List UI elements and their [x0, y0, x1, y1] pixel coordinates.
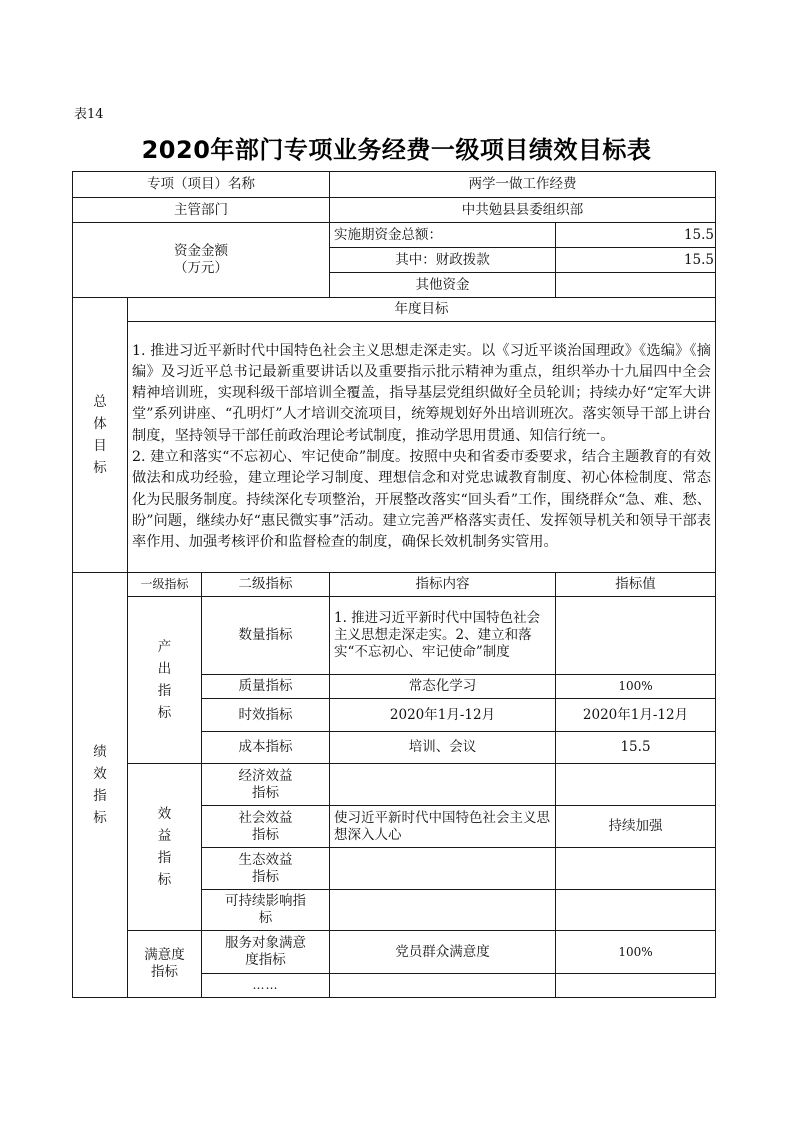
- department-label: 主管部门: [73, 198, 330, 223]
- project-name-label: 专项（项目）名称: [73, 172, 330, 198]
- value-cell: [556, 597, 716, 675]
- value-cell: 2020年1月-12月: [556, 699, 716, 732]
- funds-total-label: 实施期资金总额：: [330, 223, 556, 248]
- content-cell: [330, 974, 556, 998]
- row-department: 主管部门 中共勉县县委组织部: [73, 198, 716, 223]
- content-cell: 1. 推进习近平新时代中国特色社会主义思想走深走实。2、建立和落实“不忘初心、牢…: [330, 597, 556, 675]
- project-name-value: 两学一做工作经费: [330, 172, 716, 198]
- table-row: 效益指标 经济效益指标: [73, 764, 716, 806]
- value-cell: [556, 890, 716, 931]
- indicators-label: 绩效指标: [73, 573, 128, 998]
- page-title: 2020年部门专项业务经费一级项目绩效目标表: [0, 130, 793, 165]
- level2-cell: 质量指标: [202, 675, 330, 699]
- value-cell: 持续加强: [556, 806, 716, 848]
- level2-cell: 可持续影响指标: [202, 890, 330, 931]
- col-header-level1: 一级指标: [128, 573, 202, 597]
- row-indicator-header: 绩效指标 一级指标 二级指标 指标内容 指标值: [73, 573, 716, 597]
- level1-satisfaction-text: 满意度指标: [141, 947, 189, 981]
- level1-satisfaction: 满意度指标: [128, 931, 202, 998]
- content-cell: [330, 848, 556, 890]
- level1-output-text: 产出指标: [157, 636, 173, 724]
- value-cell: [556, 848, 716, 890]
- level2-cell: 数量指标: [202, 597, 330, 675]
- table-number: 表14: [74, 103, 104, 122]
- funds-label-line2: （万元）: [77, 260, 325, 277]
- level2-cell: 社会效益指标: [202, 806, 330, 848]
- funds-label: 资金金额 （万元）: [73, 223, 330, 298]
- funds-other-label: 其他资金: [330, 273, 556, 298]
- level2-text: 服务对象满意度指标: [224, 935, 308, 969]
- col-header-content: 指标内容: [330, 573, 556, 597]
- level2-cell: 生态效益指标: [202, 848, 330, 890]
- table-row: 产出指标 数量指标 1. 推进习近平新时代中国特色社会主义思想走深走实。2、建立…: [73, 597, 716, 675]
- col-header-value: 指标值: [556, 573, 716, 597]
- indicators-label-text: 绩效指标: [92, 741, 108, 829]
- level2-text: 社会效益指标: [234, 810, 298, 844]
- row-annual-goal-content: 1. 推进习近平新时代中国特色社会主义思想走深走实。以《习近平谈治国理政》《选编…: [73, 322, 716, 573]
- table-row: 满意度指标 服务对象满意度指标 党员群众满意度 100%: [73, 931, 716, 974]
- level1-benefit: 效益指标: [128, 764, 202, 931]
- level2-cell: 服务对象满意度指标: [202, 931, 330, 974]
- row-annual-goal-header: 总体目标 年度目标: [73, 298, 716, 322]
- content-cell: [330, 764, 556, 806]
- level2-cell: ……: [202, 974, 330, 998]
- content-cell: 使习近平新时代中国特色社会主义思想深入人心: [330, 806, 556, 848]
- content-cell: 培训、会议: [330, 732, 556, 764]
- content-cell: [330, 890, 556, 931]
- annual-goal-header: 年度目标: [128, 298, 716, 322]
- level2-cell: 成本指标: [202, 732, 330, 764]
- row-funds-total: 资金金额 （万元） 实施期资金总额： 15.5: [73, 223, 716, 248]
- level2-cell: 经济效益指标: [202, 764, 330, 806]
- annual-goal-content: 1. 推进习近平新时代中国特色社会主义思想走深走实。以《习近平谈治国理政》《选编…: [128, 322, 716, 573]
- level2-cell: 时效指标: [202, 699, 330, 732]
- goal-paragraph-2: 2. 建立和落实“不忘初心、牢记使命”制度。按照中央和省委市委要求，结合主题教育…: [132, 447, 711, 553]
- funds-fiscal-value: 15.5: [556, 248, 716, 273]
- level1-output: 产出指标: [128, 597, 202, 764]
- goal-paragraph-1: 1. 推进习近平新时代中国特色社会主义思想走深走实。以《习近平谈治国理政》《选编…: [132, 341, 711, 447]
- funds-total-value: 15.5: [556, 223, 716, 248]
- level2-text: 生态效益指标: [234, 852, 298, 886]
- funds-other-value: [556, 273, 716, 298]
- overall-goal-label-text: 总体目标: [92, 391, 108, 479]
- value-cell: 100%: [556, 931, 716, 974]
- value-cell: 15.5: [556, 732, 716, 764]
- level1-benefit-text: 效益指标: [157, 803, 173, 891]
- value-cell: 100%: [556, 675, 716, 699]
- overall-goal-label: 总体目标: [73, 298, 128, 573]
- value-cell: [556, 764, 716, 806]
- department-value: 中共勉县县委组织部: [330, 198, 716, 223]
- funds-label-line1: 资金金额: [77, 243, 325, 260]
- value-cell: [556, 974, 716, 998]
- performance-target-table: 专项（项目）名称 两学一做工作经费 主管部门 中共勉县县委组织部 资金金额 （万…: [72, 171, 716, 998]
- level2-text: 经济效益指标: [234, 768, 298, 802]
- content-cell: 2020年1月-12月: [330, 699, 556, 732]
- funds-fiscal-label: 其中：财政拨款: [330, 248, 556, 273]
- level2-text: 可持续影响指标: [224, 893, 308, 927]
- row-project-name: 专项（项目）名称 两学一做工作经费: [73, 172, 716, 198]
- content-cell: 党员群众满意度: [330, 931, 556, 974]
- col-header-level2: 二级指标: [202, 573, 330, 597]
- content-cell: 常态化学习: [330, 675, 556, 699]
